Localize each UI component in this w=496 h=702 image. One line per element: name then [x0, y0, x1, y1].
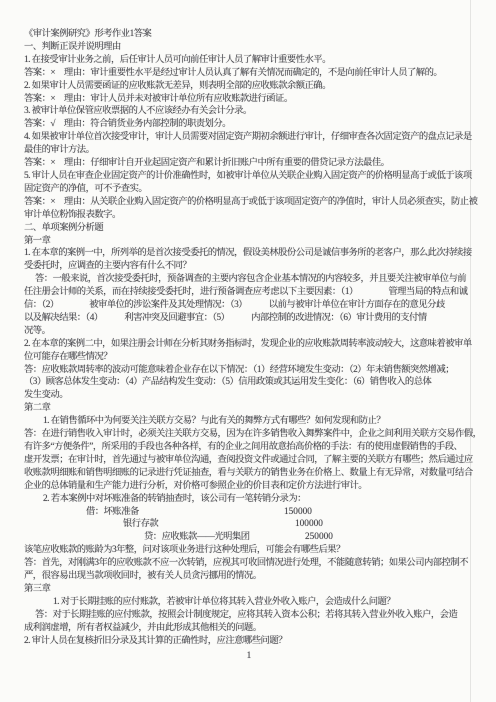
document-page: 《审计案例研究》形考作业1答案 一、判断正误并说明理由1. 在接受审计业务之前，…: [0, 0, 496, 702]
document-line: 3. 被审计单位保管应收票据的人不应该经办有关会计分录。: [24, 105, 474, 118]
document-title: 《审计案例研究》形考作业1答案: [24, 28, 474, 41]
document-line: 答案：× 理由：从关联企业购入固定资产的价格明显高于或低于该项固定资产的净值时，…: [24, 196, 474, 209]
document-line: 第二章: [24, 402, 474, 415]
document-line: 有许多“方便条件”，所采用的手段也各种各样，有的企业之间用故意抬高价格的手法：有…: [24, 441, 474, 454]
document-line: 虚开发票；在审计时，首先通过与被审单位沟通，查阅投资文件或通过合同，了解主要的关…: [24, 454, 474, 467]
document-line: 二、单项案例分析题: [24, 222, 474, 235]
document-line: （3）顾客总体发生变动：（4）产品结构发生变动：（5）信用政策或其运用发生变化：…: [24, 376, 474, 389]
document-line: 2. 在本章的案例二中，如果注册会计师在分析其财务指标时，发现企业的应收账款周转…: [24, 338, 474, 351]
document-line: 位可能存在哪些情况？: [24, 351, 474, 364]
document-line: 答案：× 理由：仔细审计自开业起固定资产和累计折旧账户中所有重要的借贷记录方法最…: [24, 157, 474, 170]
document-line: 5. 审计人员在审查企业固定资产的计价准确性时，如被审计单位从关联企业购入固定资…: [24, 170, 474, 183]
document-line: 企业的总体销量和生产能力进行分析，对价格可参照企业的价目表和定价方法进行审计。: [24, 480, 474, 493]
document-line: 答：在进行销售收入审计时，必须关注关联方交易，因为在许多销售收入舞弊案件中，企业…: [24, 428, 474, 441]
document-line: 答：首先，对刚满3年的应收账款不应一次转销，应视其可收回情况进行处理，不能随意转…: [24, 557, 474, 570]
document-line: 最佳的审计方法。: [24, 144, 474, 157]
document-line: 以及解决结果：（4） 利害冲突及回避事宜：（5） 内部控制的改进情况：（6）审计…: [24, 312, 474, 325]
document-line: 1. 在本章的案例一中，所列举的是首次接受委托的情况，假设美林股份公司是诚信事务…: [24, 247, 474, 260]
document-line: 答案：× 理由：审计人员并未对被审计单位所有应收账款进行函证。: [24, 93, 474, 106]
document-line: 一、判断正误并说明理由: [24, 41, 474, 54]
document-line: 贷：应收账款——光明集团250000: [24, 531, 474, 544]
journal-amount: 100000: [295, 518, 323, 531]
document-line: 1. 对于长期挂账的应付账款，若被审计单位将其转入营业外收入账户，会造成什么问题…: [24, 596, 474, 609]
document-line: 固定资产的净值，可不予查实。: [24, 183, 474, 196]
document-line: 发生变动。: [24, 389, 474, 402]
document-line: 第一章: [24, 235, 474, 248]
journal-amount: 250000: [305, 531, 333, 544]
document-line: 任注册会计师的关系，而在持续接受委托时，进行预备调查应考虑以下主要因素：（1） …: [24, 286, 474, 299]
document-line: 审计单位粉饰报表数字。: [24, 209, 474, 222]
document-line: 借：坏账准备150000: [24, 506, 474, 519]
document-line: 1. 在销售循环中为何要关注关联方交易？与此有关的舞弊方式有哪些？如何发现和防止…: [24, 415, 474, 428]
document-line: 第三章: [24, 583, 474, 596]
document-line: 成利润虚增，所有者权益减少，并由此形成其他相关的问题。: [24, 622, 474, 635]
document-line: 答案：√ 理由：符合销货业务内部控制的职责划分。: [24, 118, 474, 131]
journal-amount: 150000: [284, 506, 312, 519]
document-line: 答：一般来说，首次接受委托时，预备调查的主要内容包含企业基本情况的内容较多，并且…: [24, 273, 474, 286]
document-line: 答：对于长期挂账的应付账款，按照会计制度规定，应将其转入资本公积；若将其转入营业…: [24, 609, 474, 622]
document-body: 一、判断正误并说明理由1. 在接受审计业务之前，后任审计人员可向前任审计人员了解…: [24, 41, 474, 648]
page-number: 1: [24, 650, 474, 663]
document-line: 受委托时，应调查的主要内容有什么不同？: [24, 260, 474, 273]
document-line: 该笔应收账款的账龄为3年整，问对该项业务进行这种处理后，可能会有哪些后果？: [24, 544, 474, 557]
document-line: 答：应收账款周转率的波动可能意味着企业存在以下情况：（1）经营环境发生变动：（2…: [24, 364, 474, 377]
document-line: 答案：× 理由：审计重要性水平是经过审计人员认真了解有关情况而确定的，不是向前任…: [24, 67, 474, 80]
document-line: 况等。: [24, 325, 474, 338]
document-line: 2. 若本案例中对坏账准备的转销抽查时，该公司有一笔转销分录为：: [24, 493, 474, 506]
document-line: 2. 如果审计人员需要函证的应收账款无差异，则表明全部的应收账款余额正确。: [24, 80, 474, 93]
document-line: 收账款明细账和销售明细账的记录进行凭证抽查，看与关联方的销售业务在价格上、数量上…: [24, 467, 474, 480]
document-line: 银行存款100000: [24, 518, 474, 531]
document-line: 2. 审计人员在复核折旧分录及其计算的正确性时，应注意哪些问题？: [24, 635, 474, 648]
document-line: 严，很容易出现当款项收回时，被有关人员贪污挪用的情况。: [24, 570, 474, 583]
document-line: 信：（2） 被审单位的涉讼案件及其处理情况：（3） 以前与被审计单位在审计方面存…: [24, 299, 474, 312]
document-line: 1. 在接受审计业务之前，后任审计人员可向前任审计人员了解审计重要性水平。: [24, 54, 474, 67]
document-line: 4. 如果被审计单位首次接受审计，审计人员需要对固定资产期初余额进行审计，仔细审…: [24, 131, 474, 144]
